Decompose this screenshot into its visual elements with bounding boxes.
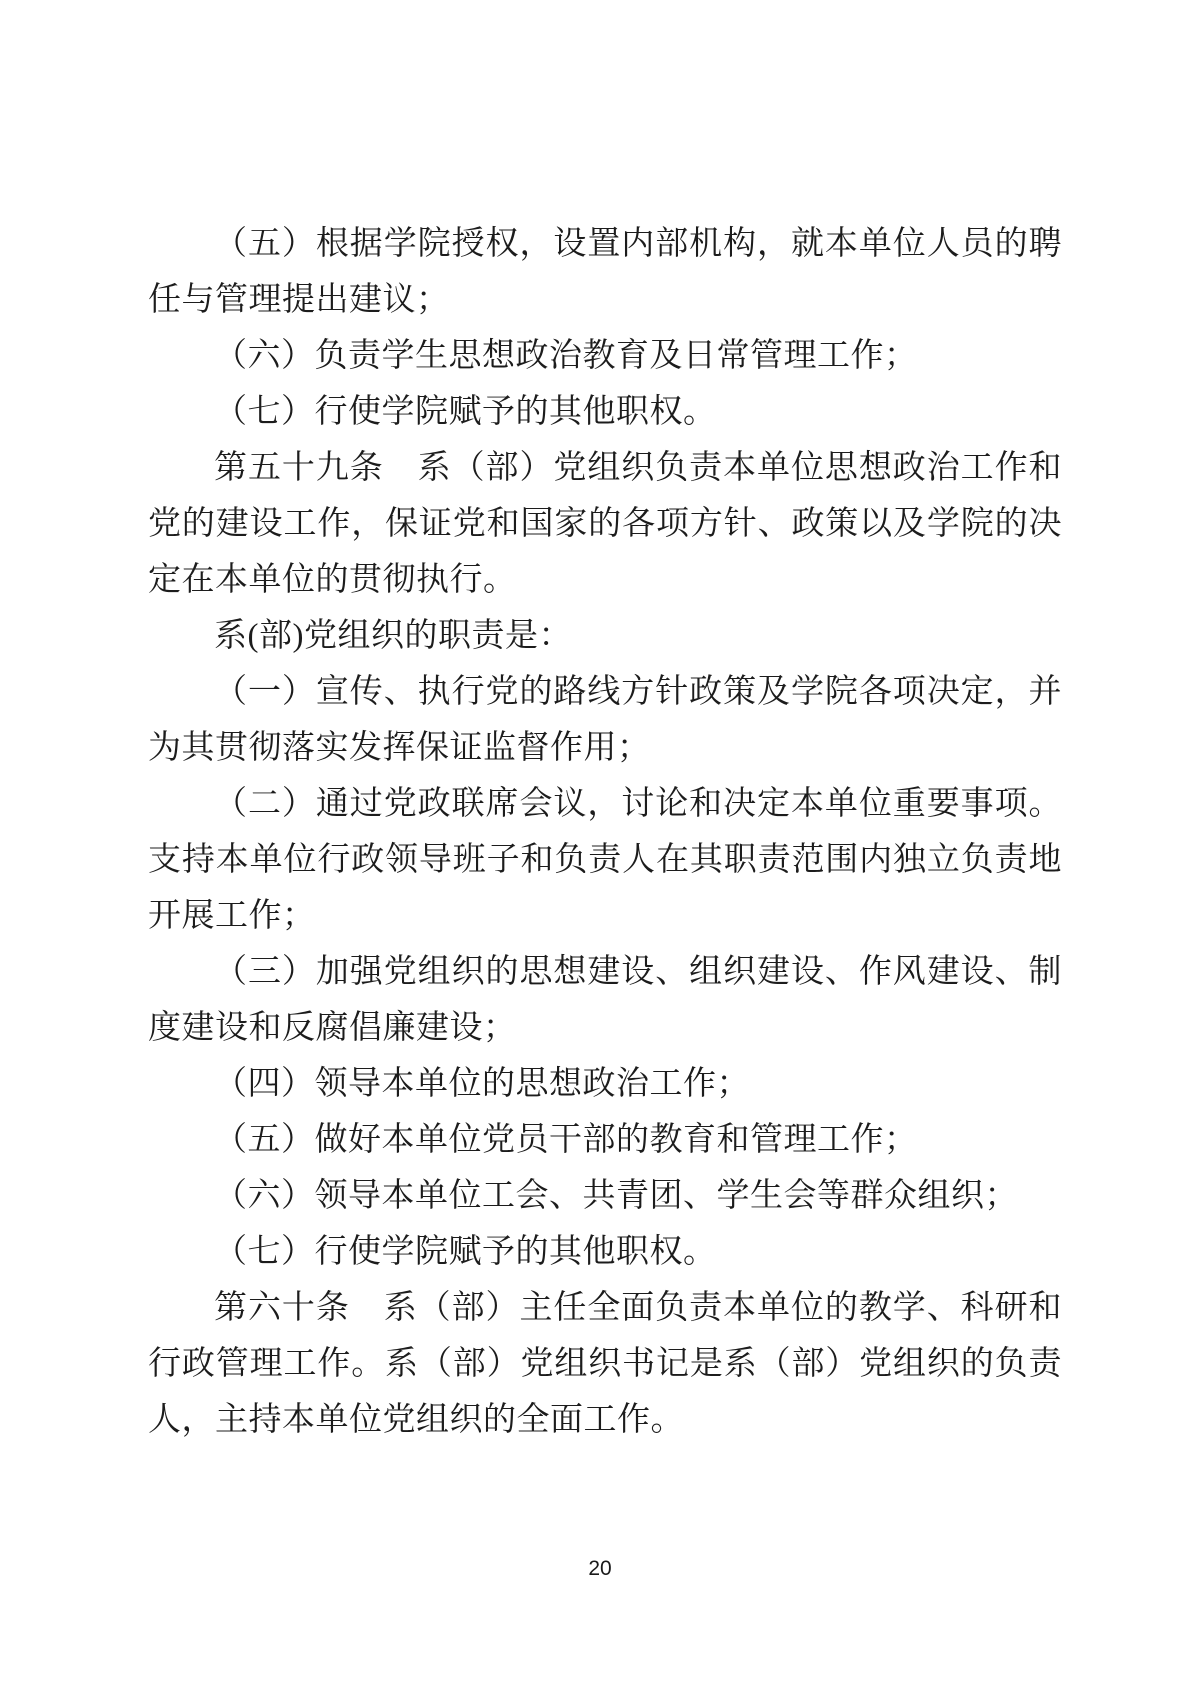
document-text-block: （五）根据学院授权，设置内部机构，就本单位人员的聘任与管理提出建议； （六）负责… xyxy=(148,216,1062,1448)
paragraph-duty-1: （一）宣传、执行党的路线方针政策及学院各项决定，并为其贯彻落实发挥保证监督作用； xyxy=(148,664,1062,776)
paragraph-article-59: 第五十九条 系（部）党组织负责本单位思想政治工作和党的建设工作，保证党和国家的各… xyxy=(148,440,1062,608)
paragraph-item-5: （五）根据学院授权，设置内部机构，就本单位人员的聘任与管理提出建议； xyxy=(148,216,1062,328)
paragraph-duty-2: （二）通过党政联席会议，讨论和决定本单位重要事项。支持本单位行政领导班子和负责人… xyxy=(148,776,1062,944)
paragraph-duty-5: （五）做好本单位党员干部的教育和管理工作； xyxy=(148,1112,1062,1168)
paragraph-duty-4: （四）领导本单位的思想政治工作； xyxy=(148,1056,1062,1112)
document-page: （五）根据学院授权，设置内部机构，就本单位人员的聘任与管理提出建议； （六）负责… xyxy=(0,0,1190,1683)
paragraph-duties-lead: 系(部)党组织的职责是： xyxy=(148,608,1062,664)
paragraph-duty-6: （六）领导本单位工会、共青团、学生会等群众组织； xyxy=(148,1168,1062,1224)
paragraph-duty-3: （三）加强党组织的思想建设、组织建设、作风建设、制度建设和反腐倡廉建设； xyxy=(148,944,1062,1056)
page-footer: 20 xyxy=(0,1556,1190,1582)
paragraph-item-7: （七）行使学院赋予的其他职权。 xyxy=(148,384,1062,440)
page-number: 20 xyxy=(588,1556,611,1582)
paragraph-duty-7: （七）行使学院赋予的其他职权。 xyxy=(148,1224,1062,1280)
paragraph-article-60: 第六十条 系（部）主任全面负责本单位的教学、科研和行政管理工作。系（部）党组织书… xyxy=(148,1280,1062,1448)
paragraph-item-6: （六）负责学生思想政治教育及日常管理工作； xyxy=(148,328,1062,384)
